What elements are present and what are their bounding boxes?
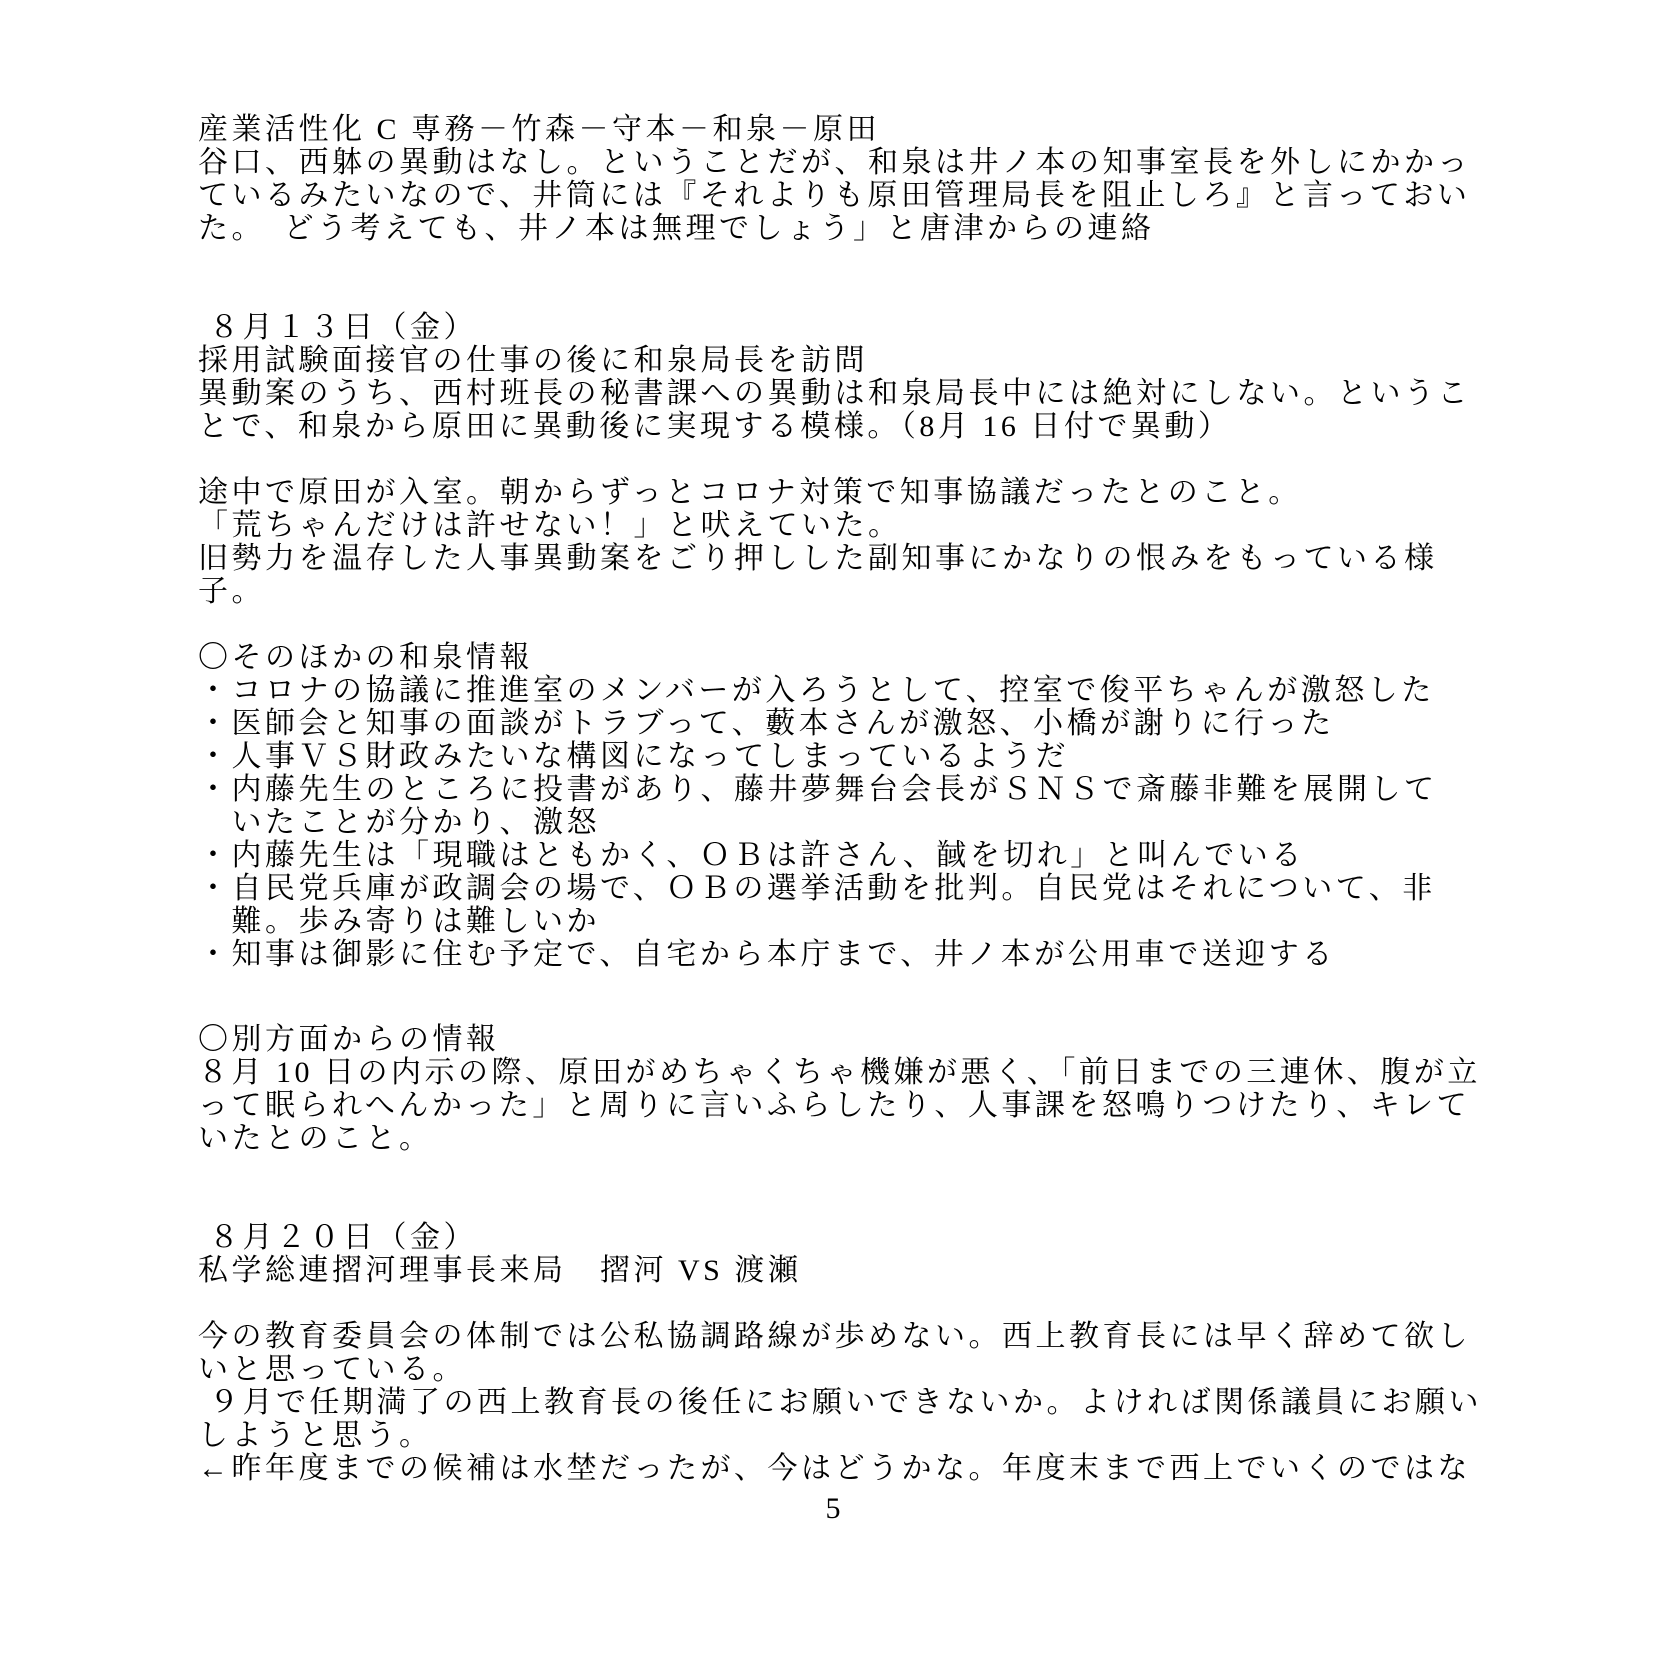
text-line: ９月で任期満了の西上教育長の後任にお願いできないか。よければ関係議員にお願い [198, 1386, 1473, 1419]
text-line: いたとのこと。 [198, 1122, 1473, 1155]
text-line: 子。 [198, 575, 1473, 608]
text-line: ８月 10 日の内示の際、原田がめちゃくちゃ機嫌が悪く、「前日までの三連休、腹が… [198, 1056, 1473, 1089]
text-line: た。 どう考えても、井ノ本は無理でしょう」と唐津からの連絡 [198, 212, 1473, 245]
page-number: 5 [198, 1492, 1468, 1525]
text-line: 産業活性化 C 専務－竹森－守本－和泉－原田 [198, 113, 1473, 146]
text-line: とで、和泉から原田に異動後に実現する模様。（8月 16 日付で異動） [198, 410, 1473, 443]
text-line: ←昨年度までの候補は水埜だったが、今はどうかな。年度末まで西上でいくのではな [198, 1452, 1473, 1485]
text-line: って眠られへんかった」と周りに言いふらしたり、人事課を怒鳴りつけたり、キレて [198, 1089, 1473, 1122]
text-line: ・自民党兵庫が政調会の場で、ＯＢの選挙活動を批判。自民党はそれについて、非 [198, 872, 1473, 905]
blank-line [198, 1188, 1473, 1221]
text-line: ・内藤先生のところに投書があり、藤井夢舞台会長がＳＮＳで斎藤非難を展開して [198, 773, 1473, 806]
document-text-block: 産業活性化 C 専務－竹森－守本－和泉－原田谷口、西躰の異動はなし。ということだ… [198, 113, 1473, 1485]
text-line: 難。歩み寄りは難しいか [198, 905, 1473, 938]
text-line: 旧勢力を温存した人事異動案をごり押しした副知事にかなりの恨みをもっている様 [198, 542, 1473, 575]
text-line: 谷口、西躰の異動はなし。ということだが、和泉は井ノ本の知事室長を外しにかかっ [198, 146, 1473, 179]
blank-line [198, 971, 1473, 1004]
document-page: 産業活性化 C 専務－竹森－守本－和泉－原田谷口、西躰の異動はなし。ということだ… [0, 0, 1654, 1654]
text-line: いたことが分かり、激怒 [198, 806, 1473, 839]
text-line: 採用試験面接官の仕事の後に和泉局長を訪問 [198, 344, 1473, 377]
blank-line [198, 443, 1473, 476]
blank-line [198, 1155, 1473, 1188]
text-line: 異動案のうち、西村班長の秘書課への異動は和泉局長中には絶対にしない。というこ [198, 377, 1473, 410]
text-line: いと思っている。 [198, 1353, 1473, 1386]
text-line: 途中で原田が入室。朝からずっとコロナ対策で知事協議だったとのこと。 [198, 476, 1473, 509]
text-line: ・コロナの協議に推進室のメンバーが入ろうとして、控室で俊平ちゃんが激怒した [198, 674, 1473, 707]
text-line: 〇別方面からの情報 [198, 1023, 1473, 1056]
text-line: ・内藤先生は「現職はともかく、ＯＢは許さん、馘を切れ」と叫んでいる [198, 839, 1473, 872]
text-line: 「荒ちゃんだけは許せない！」と吠えていた。 [198, 509, 1473, 542]
blank-line [198, 1287, 1473, 1320]
text-line: 私学総連摺河理事長来局 摺河 VS 渡瀬 [198, 1254, 1473, 1287]
text-line: ているみたいなので、井筒には『それよりも原田管理局長を阻止しろ』と言っておい [198, 179, 1473, 212]
text-line: ・医師会と知事の面談がトラブって、藪本さんが激怒、小橋が謝りに行った [198, 707, 1473, 740]
blank-line [198, 278, 1473, 311]
text-line: しようと思う。 [198, 1419, 1473, 1452]
text-line: ・人事ＶＳ財政みたいな構図になってしまっているようだ [198, 740, 1473, 773]
text-line: 〇そのほかの和泉情報 [198, 641, 1473, 674]
text-line: ８月２０日（金） [198, 1221, 1473, 1254]
text-line: ８月１３日（金） [198, 311, 1473, 344]
text-line: ・知事は御影に住む予定で、自宅から本庁まで、井ノ本が公用車で送迎する [198, 938, 1473, 971]
blank-line [198, 245, 1473, 278]
text-line: 今の教育委員会の体制では公私協調路線が歩めない。西上教育長には早く辞めて欲し [198, 1320, 1473, 1353]
blank-line [198, 608, 1473, 641]
blank-line [198, 1004, 1473, 1023]
